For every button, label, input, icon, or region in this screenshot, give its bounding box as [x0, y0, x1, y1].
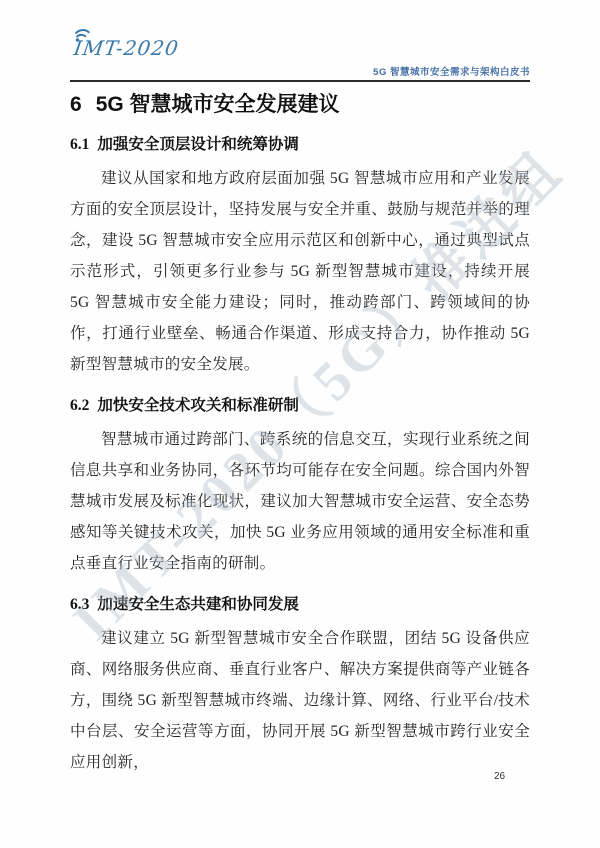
section-paragraph-6-2: 智慧城市通过跨部门、跨系统的信息交互，实现行业系统之间信息共享和业务协同，各环节… [70, 424, 530, 579]
section-heading-6-3: 6.3加速安全生态共建和协同发展 [70, 594, 530, 615]
section-paragraph-6-1: 建议从国家和地方政府层面加强 5G 智慧城市应用和产业发展方面的安全顶层设计，坚… [70, 163, 530, 380]
document-page: IMT-2020（5G）推进组 IMT-2020 5G 智慧城市安全需求与架构白… [0, 0, 600, 848]
section-heading-6-1: 6.1加强安全顶层设计和统筹协调 [70, 134, 530, 155]
chapter-number: 6 [70, 93, 82, 116]
logo-text: IMT-2020 [72, 36, 180, 60]
header-rule [70, 80, 530, 82]
section-heading-6-2: 6.2加快安全技术攻关和标准研制 [70, 395, 530, 416]
page-number: 26 [494, 771, 505, 782]
running-head-title: 5G 智慧城市安全需求与架构白皮书 [373, 64, 530, 78]
section-number: 6.3 [70, 596, 89, 613]
page-header: IMT-2020 5G 智慧城市安全需求与架构白皮书 [70, 0, 530, 82]
section-title-text: 加快安全技术攻关和标准研制 [97, 397, 299, 414]
section-title-text: 加速安全生态共建和协同发展 [97, 596, 299, 613]
chapter-title: 65G 智慧城市安全发展建议 [70, 91, 530, 119]
section-title-text: 加强安全顶层设计和统筹协调 [97, 136, 299, 153]
section-number: 6.2 [70, 397, 89, 414]
imt2020-logo: IMT-2020 [74, 36, 179, 60]
section-paragraph-6-3: 建议建立 5G 新型智慧城市安全合作联盟，团结 5G 设备供应商、网络服务供应商… [70, 623, 530, 778]
section-number: 6.1 [70, 136, 89, 153]
chapter-title-text: 5G 智慧城市安全发展建议 [96, 93, 340, 116]
